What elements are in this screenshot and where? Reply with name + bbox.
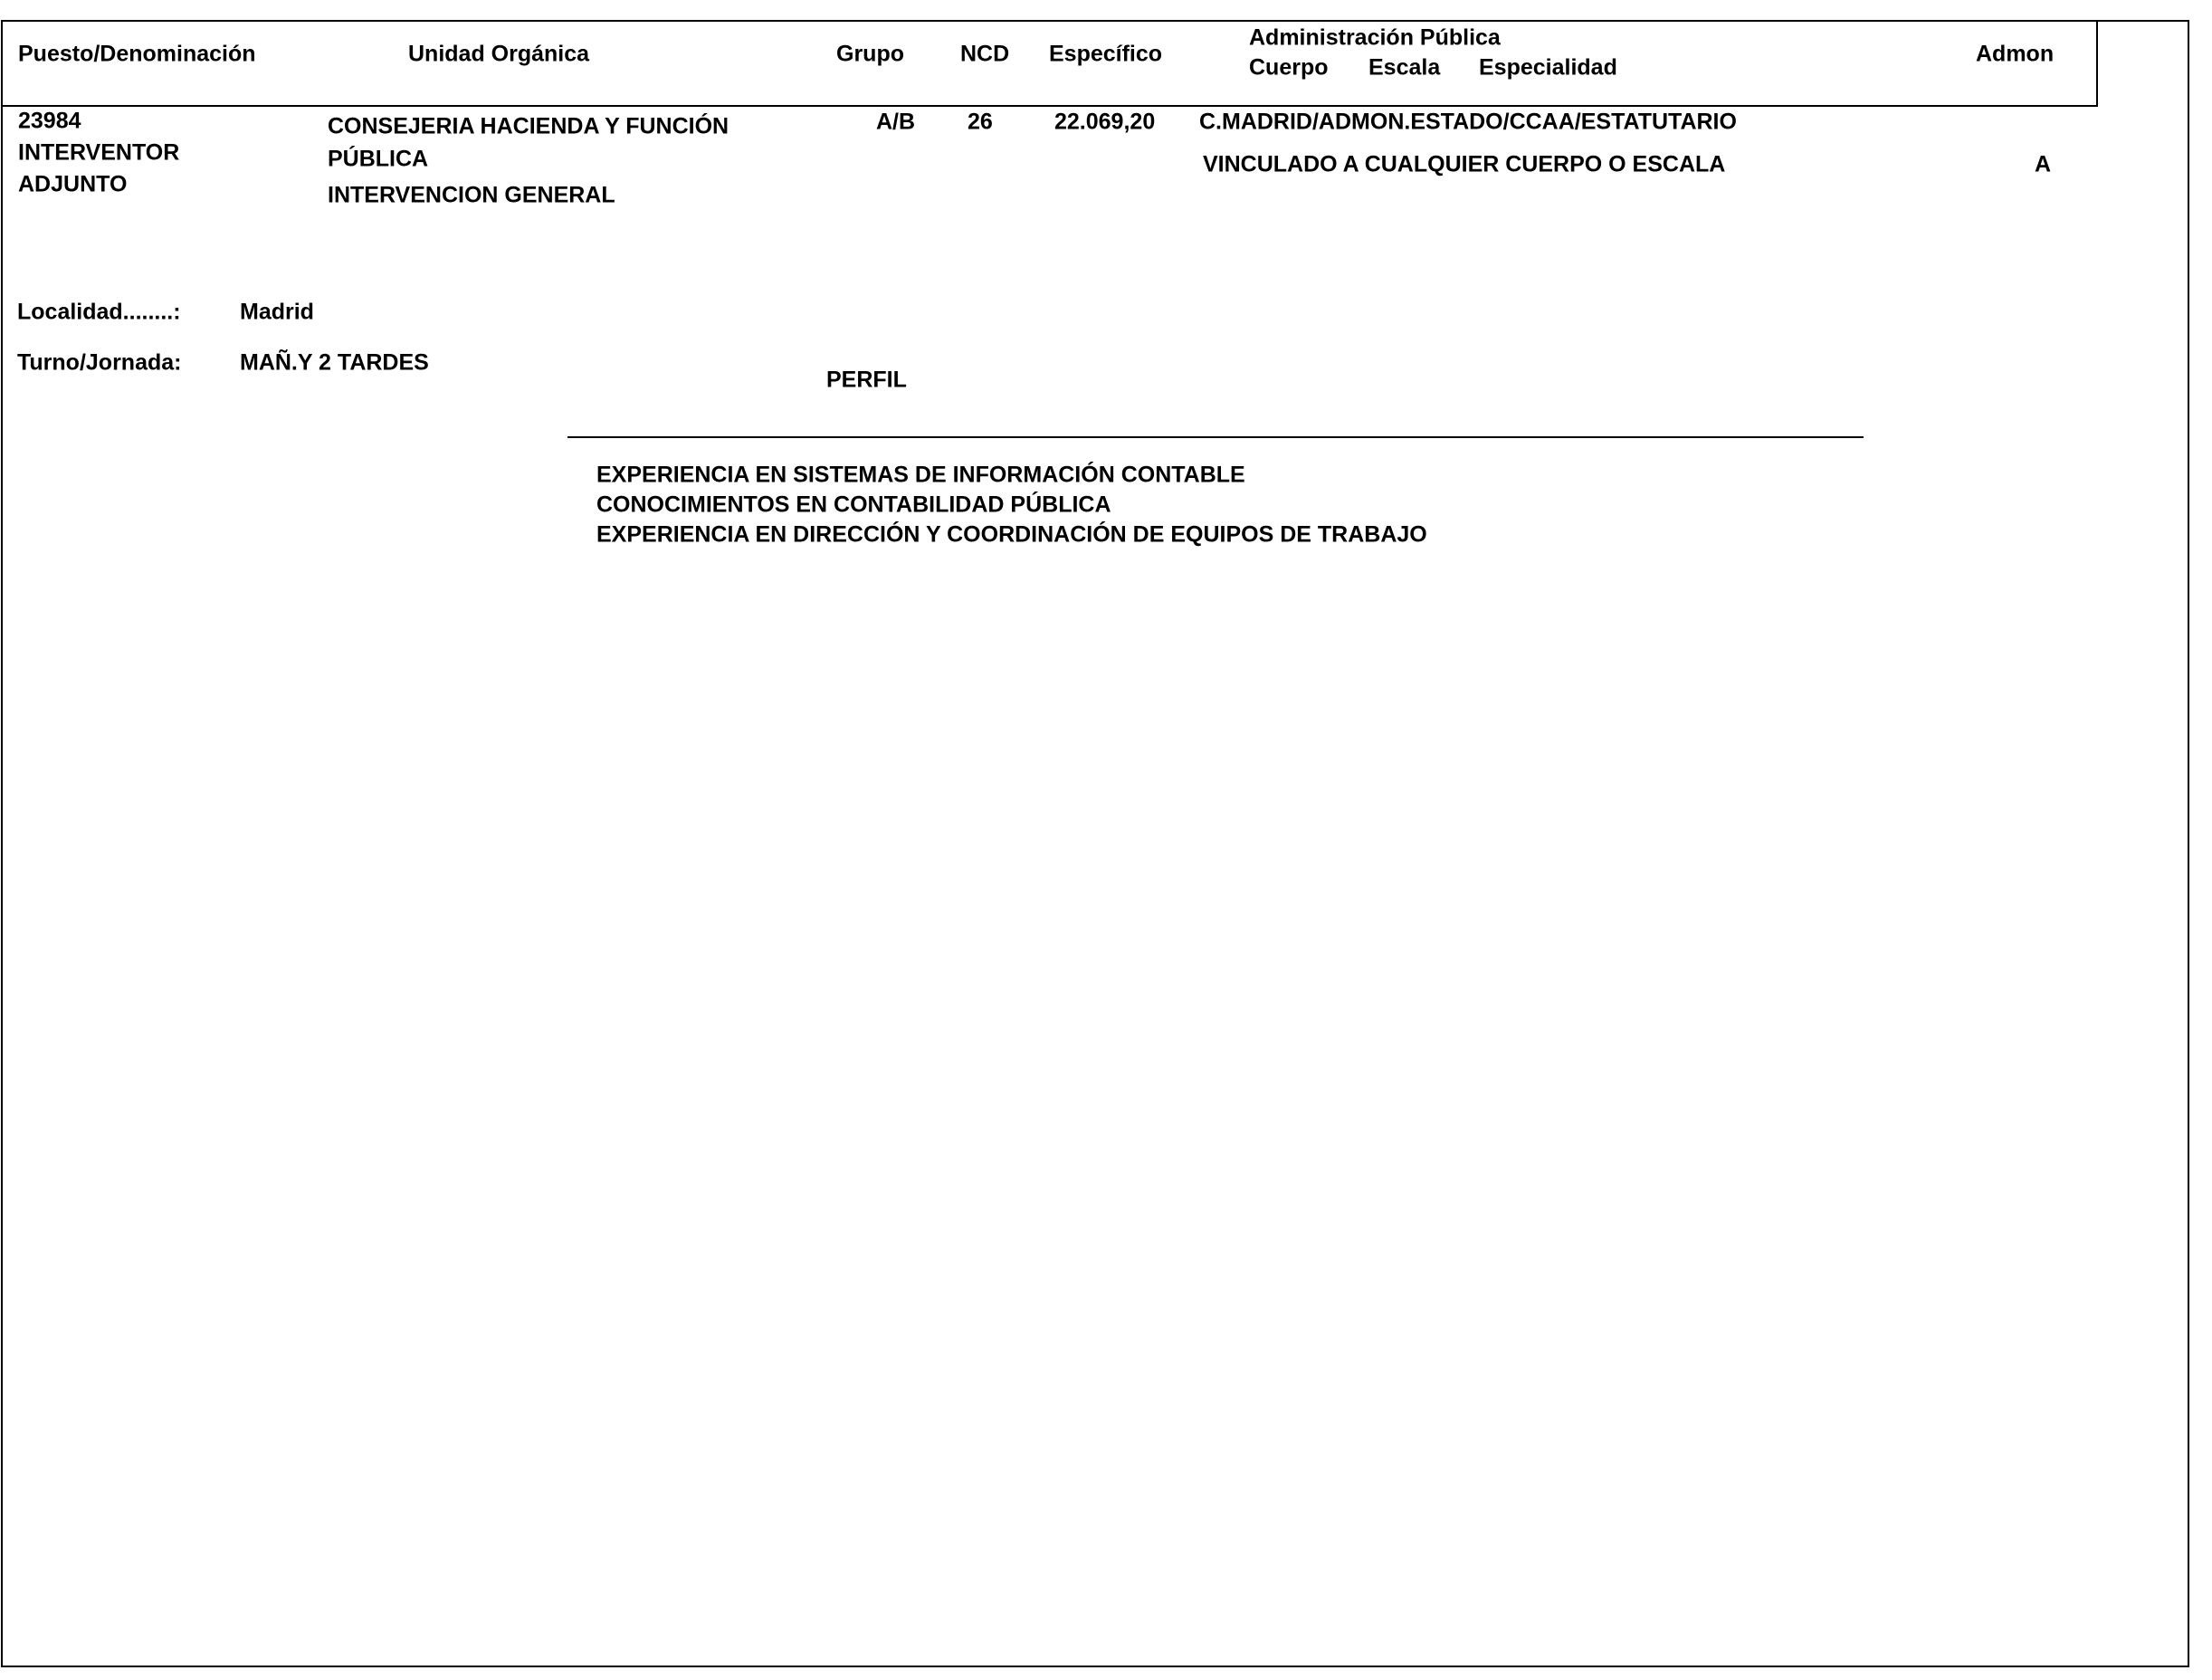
localidad-value: Madrid xyxy=(240,301,314,324)
localidad-label: Localidad........: xyxy=(17,301,181,324)
header-especialidad: Especialidad xyxy=(1479,57,1617,80)
puesto-denominacion-line-1: INTERVENTOR xyxy=(18,142,179,165)
admon-value: A xyxy=(2035,154,2051,177)
header-admon: Admon xyxy=(1976,43,2054,66)
administracion-value: C.MADRID/ADMON.ESTADO/CCAA/ESTATUTARIO xyxy=(1199,111,1737,134)
unidad-line-1: CONSEJERIA HACIENDA Y FUNCIÓN xyxy=(328,116,729,138)
header-cuerpo: Cuerpo xyxy=(1249,57,1329,80)
header-ncd: NCD xyxy=(960,43,1009,66)
header-escala: Escala xyxy=(1368,57,1440,80)
puesto-codigo: 23984 xyxy=(18,110,81,133)
perfil-item-2: CONOCIMIENTOS EN CONTABILIDAD PÚBLICA xyxy=(596,494,1111,517)
perfil-item-3: EXPERIENCIA EN DIRECCIÓN Y COORDINACIÓN … xyxy=(596,524,1427,547)
header-grupo: Grupo xyxy=(836,43,904,66)
header-unidad: Unidad Orgánica xyxy=(408,43,589,66)
unidad-line-3: INTERVENCION GENERAL xyxy=(328,185,615,207)
grupo-value: A/B xyxy=(876,111,915,134)
perfil-title: PERFIL xyxy=(826,369,907,392)
especifico-value: 22.069,20 xyxy=(1054,111,1155,134)
page-frame xyxy=(1,20,2189,1667)
unidad-line-2: PÚBLICA xyxy=(328,148,428,171)
turno-value: MAÑ.Y 2 TARDES xyxy=(240,352,429,375)
perfil-divider xyxy=(567,436,1864,438)
header-especifico: Específico xyxy=(1049,43,1162,66)
header-admin-publica: Administración Pública xyxy=(1249,27,1501,50)
header-puesto: Puesto/Denominación xyxy=(18,43,256,66)
cuerpo-escala-value: VINCULADO A CUALQUIER CUERPO O ESCALA xyxy=(1203,154,1725,177)
ncd-value: 26 xyxy=(968,111,993,134)
perfil-item-1: EXPERIENCIA EN SISTEMAS DE INFORMACIÓN C… xyxy=(596,464,1245,487)
turno-label: Turno/Jornada: xyxy=(17,352,181,375)
puesto-denominacion-line-2: ADJUNTO xyxy=(18,174,127,196)
